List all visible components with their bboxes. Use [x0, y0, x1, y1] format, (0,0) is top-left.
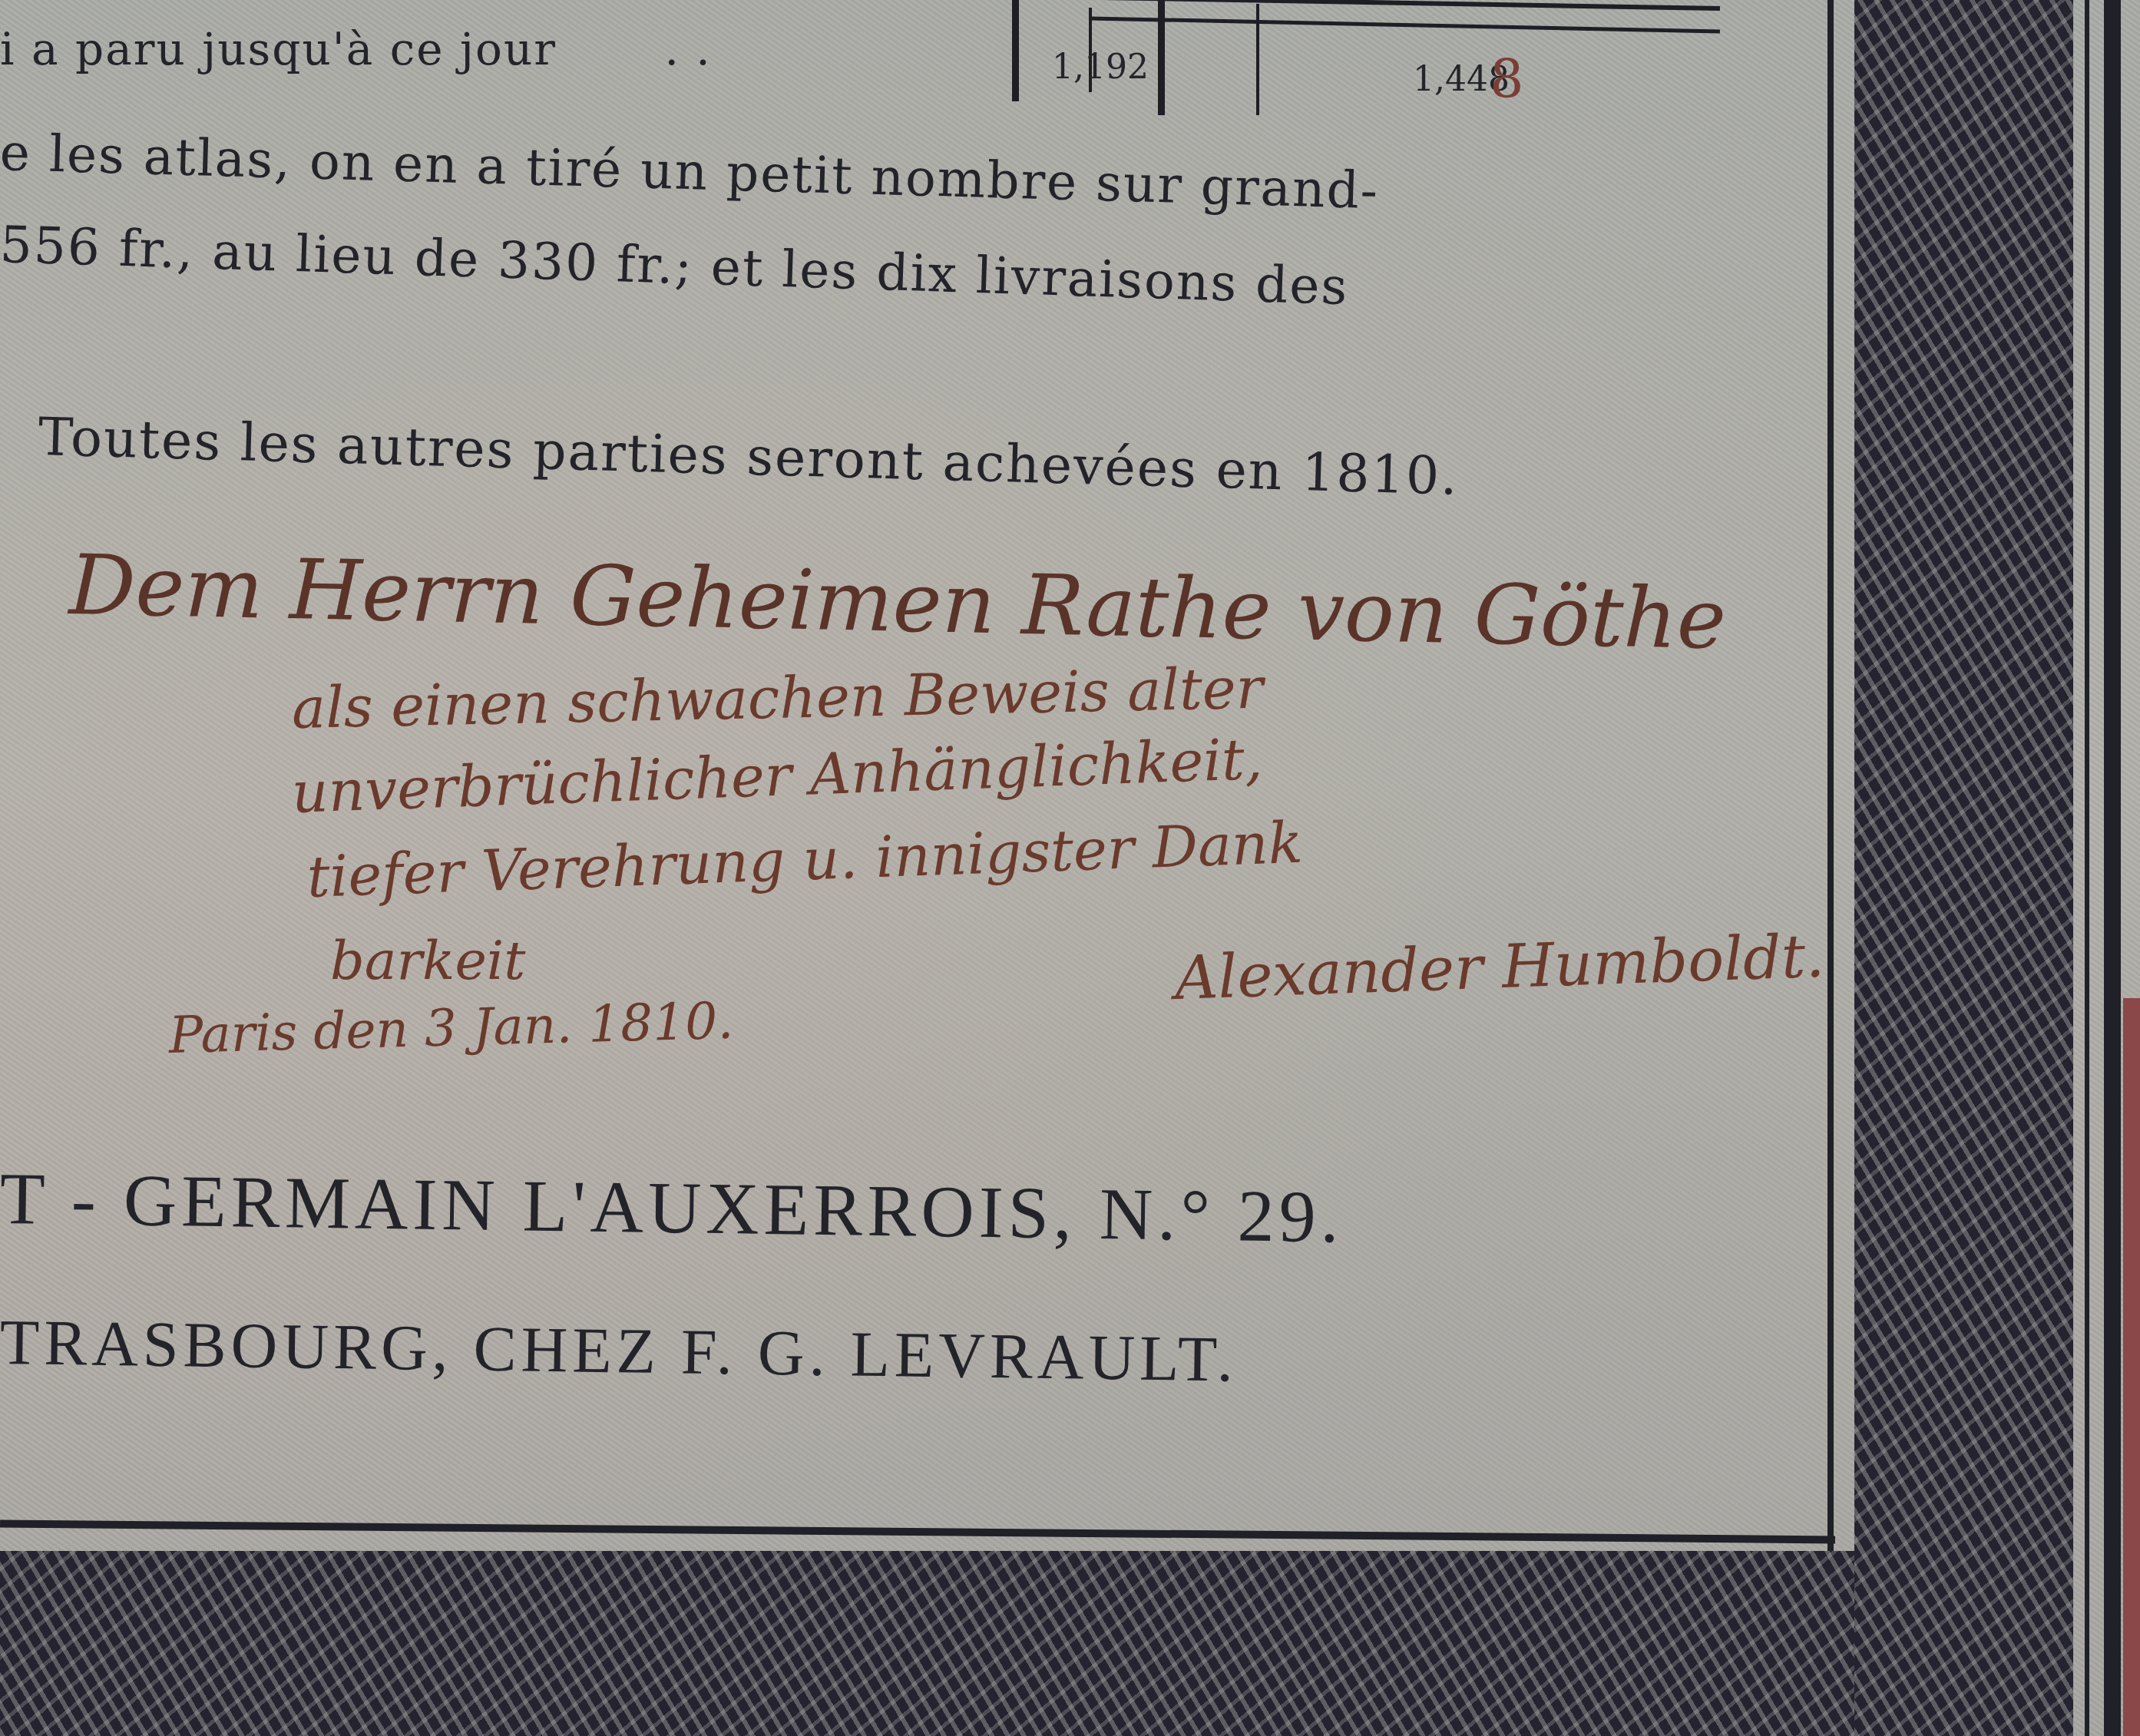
table-value-1: 1,192: [1052, 48, 1149, 87]
line-1-leader-dots: . .: [664, 23, 711, 75]
border-ornament-right: [1854, 0, 2073, 1736]
border-ornament-bottom: [0, 1551, 1854, 1736]
table-correction-mark: 8: [1490, 48, 1524, 111]
page-edge-red: [2123, 998, 2140, 1736]
border-outer-rule-thick: [2104, 0, 2121, 1736]
inscription-line-4: barkeit: [330, 929, 525, 992]
table-divider-1: [1012, 0, 1019, 101]
border-outer-rule-thin: [2085, 0, 2089, 1736]
border-inner-rule-vertical: [1827, 0, 1834, 1551]
printed-line-1: i a paru jusqu'à ce jour . .: [0, 23, 712, 75]
line-1-text: i a paru jusqu'à ce jour: [0, 23, 557, 75]
